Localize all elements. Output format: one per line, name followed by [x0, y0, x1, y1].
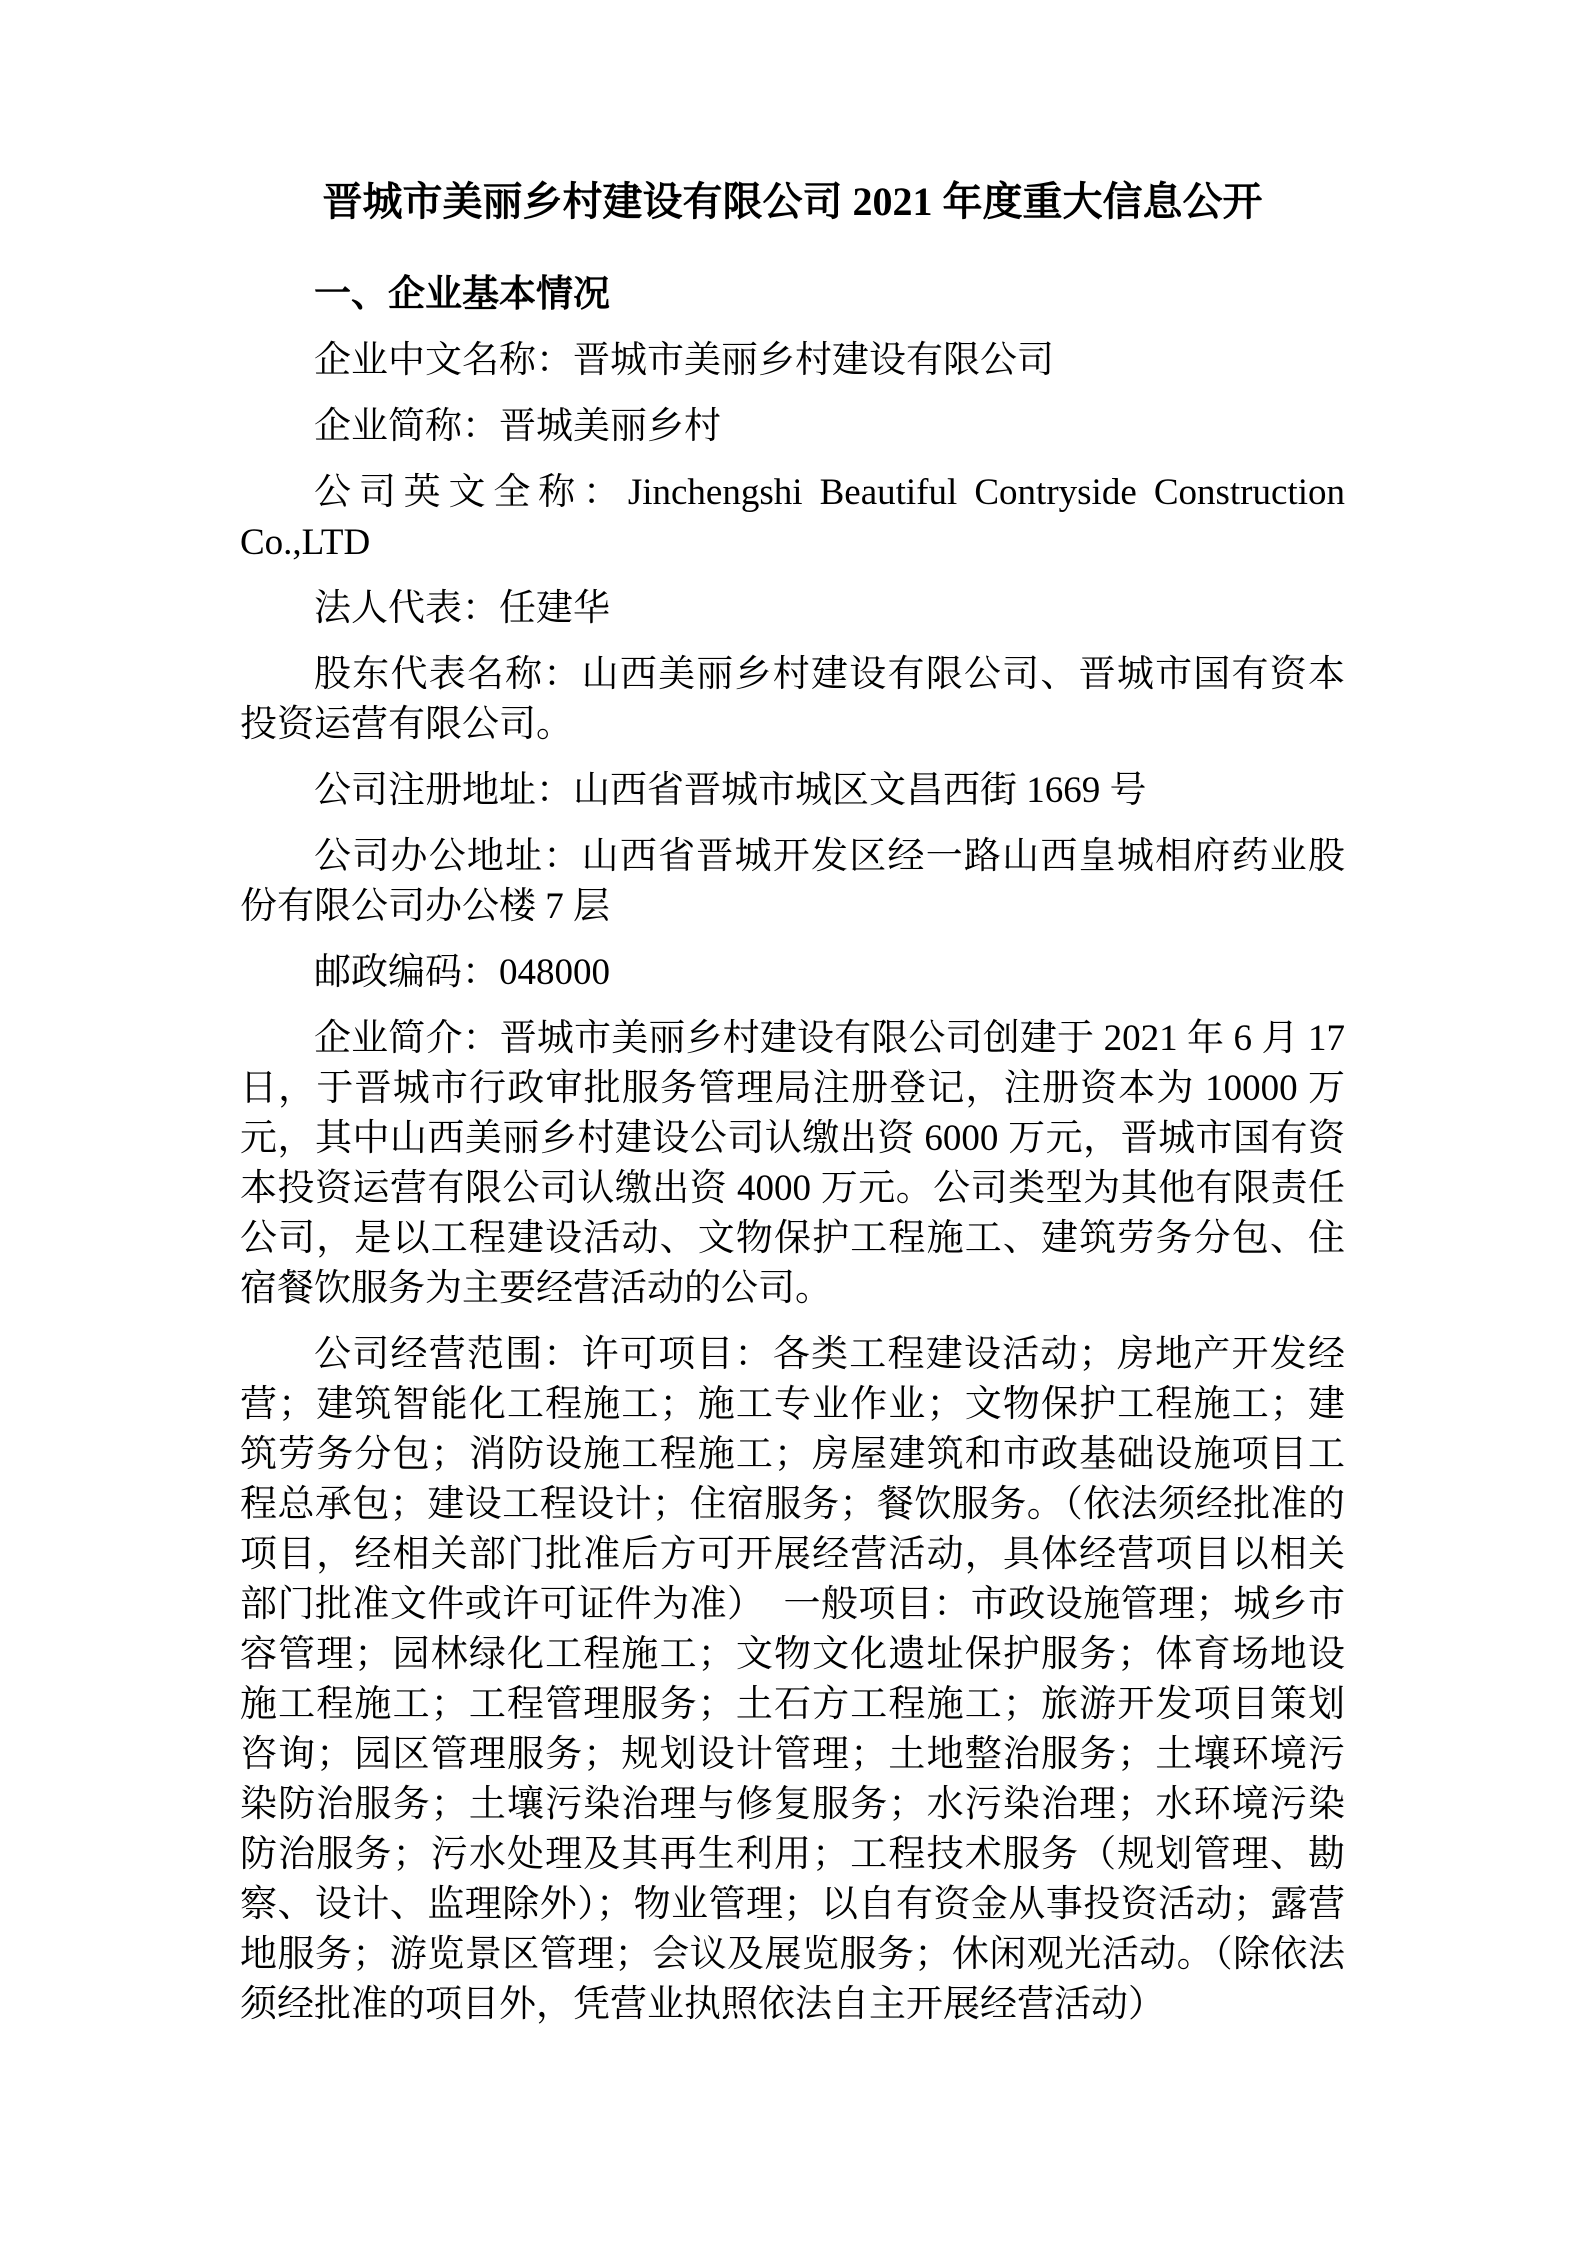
paragraph-company-short-name: 企业简称：晋城美丽乡村 [240, 402, 1345, 452]
document-title: 晋城市美丽乡村建设有限公司 2021 年度重大信息公开 [240, 172, 1345, 232]
paragraph-registered-address: 公司注册地址：山西省晋城市城区文昌西街 1669 号 [240, 766, 1345, 816]
paragraph-business-scope: 公司经营范围：许可项目：各类工程建设活动；房地产开发经营；建筑智能化工程施工；施… [240, 1330, 1345, 2030]
paragraph-legal-representative: 法人代表：任建华 [240, 584, 1345, 634]
section-heading-basic-info: 一、企业基本情况 [240, 270, 1345, 320]
paragraph-company-chinese-name: 企业中文名称：晋城市美丽乡村建设有限公司 [240, 336, 1345, 386]
paragraph-shareholder-names: 股东代表名称：山西美丽乡村建设有限公司、晋城市国有资本投资运营有限公司。 [240, 650, 1345, 750]
paragraph-postal-code: 邮政编码：048000 [240, 948, 1345, 998]
paragraph-company-profile: 企业简介：晋城市美丽乡村建设有限公司创建于 2021 年 6 月 17 日，于晋… [240, 1014, 1345, 1314]
document-content: 晋城市美丽乡村建设有限公司 2021 年度重大信息公开 一、企业基本情况 企业中… [240, 172, 1345, 2046]
paragraph-company-english-name: 公司英文全称：Jinchengshi Beautiful Contryside … [240, 468, 1345, 568]
paragraph-office-address: 公司办公地址：山西省晋城开发区经一路山西皇城相府药业股份有限公司办公楼 7 层 [240, 832, 1345, 932]
document-page: 晋城市美丽乡村建设有限公司 2021 年度重大信息公开 一、企业基本情况 企业中… [0, 0, 1587, 2245]
